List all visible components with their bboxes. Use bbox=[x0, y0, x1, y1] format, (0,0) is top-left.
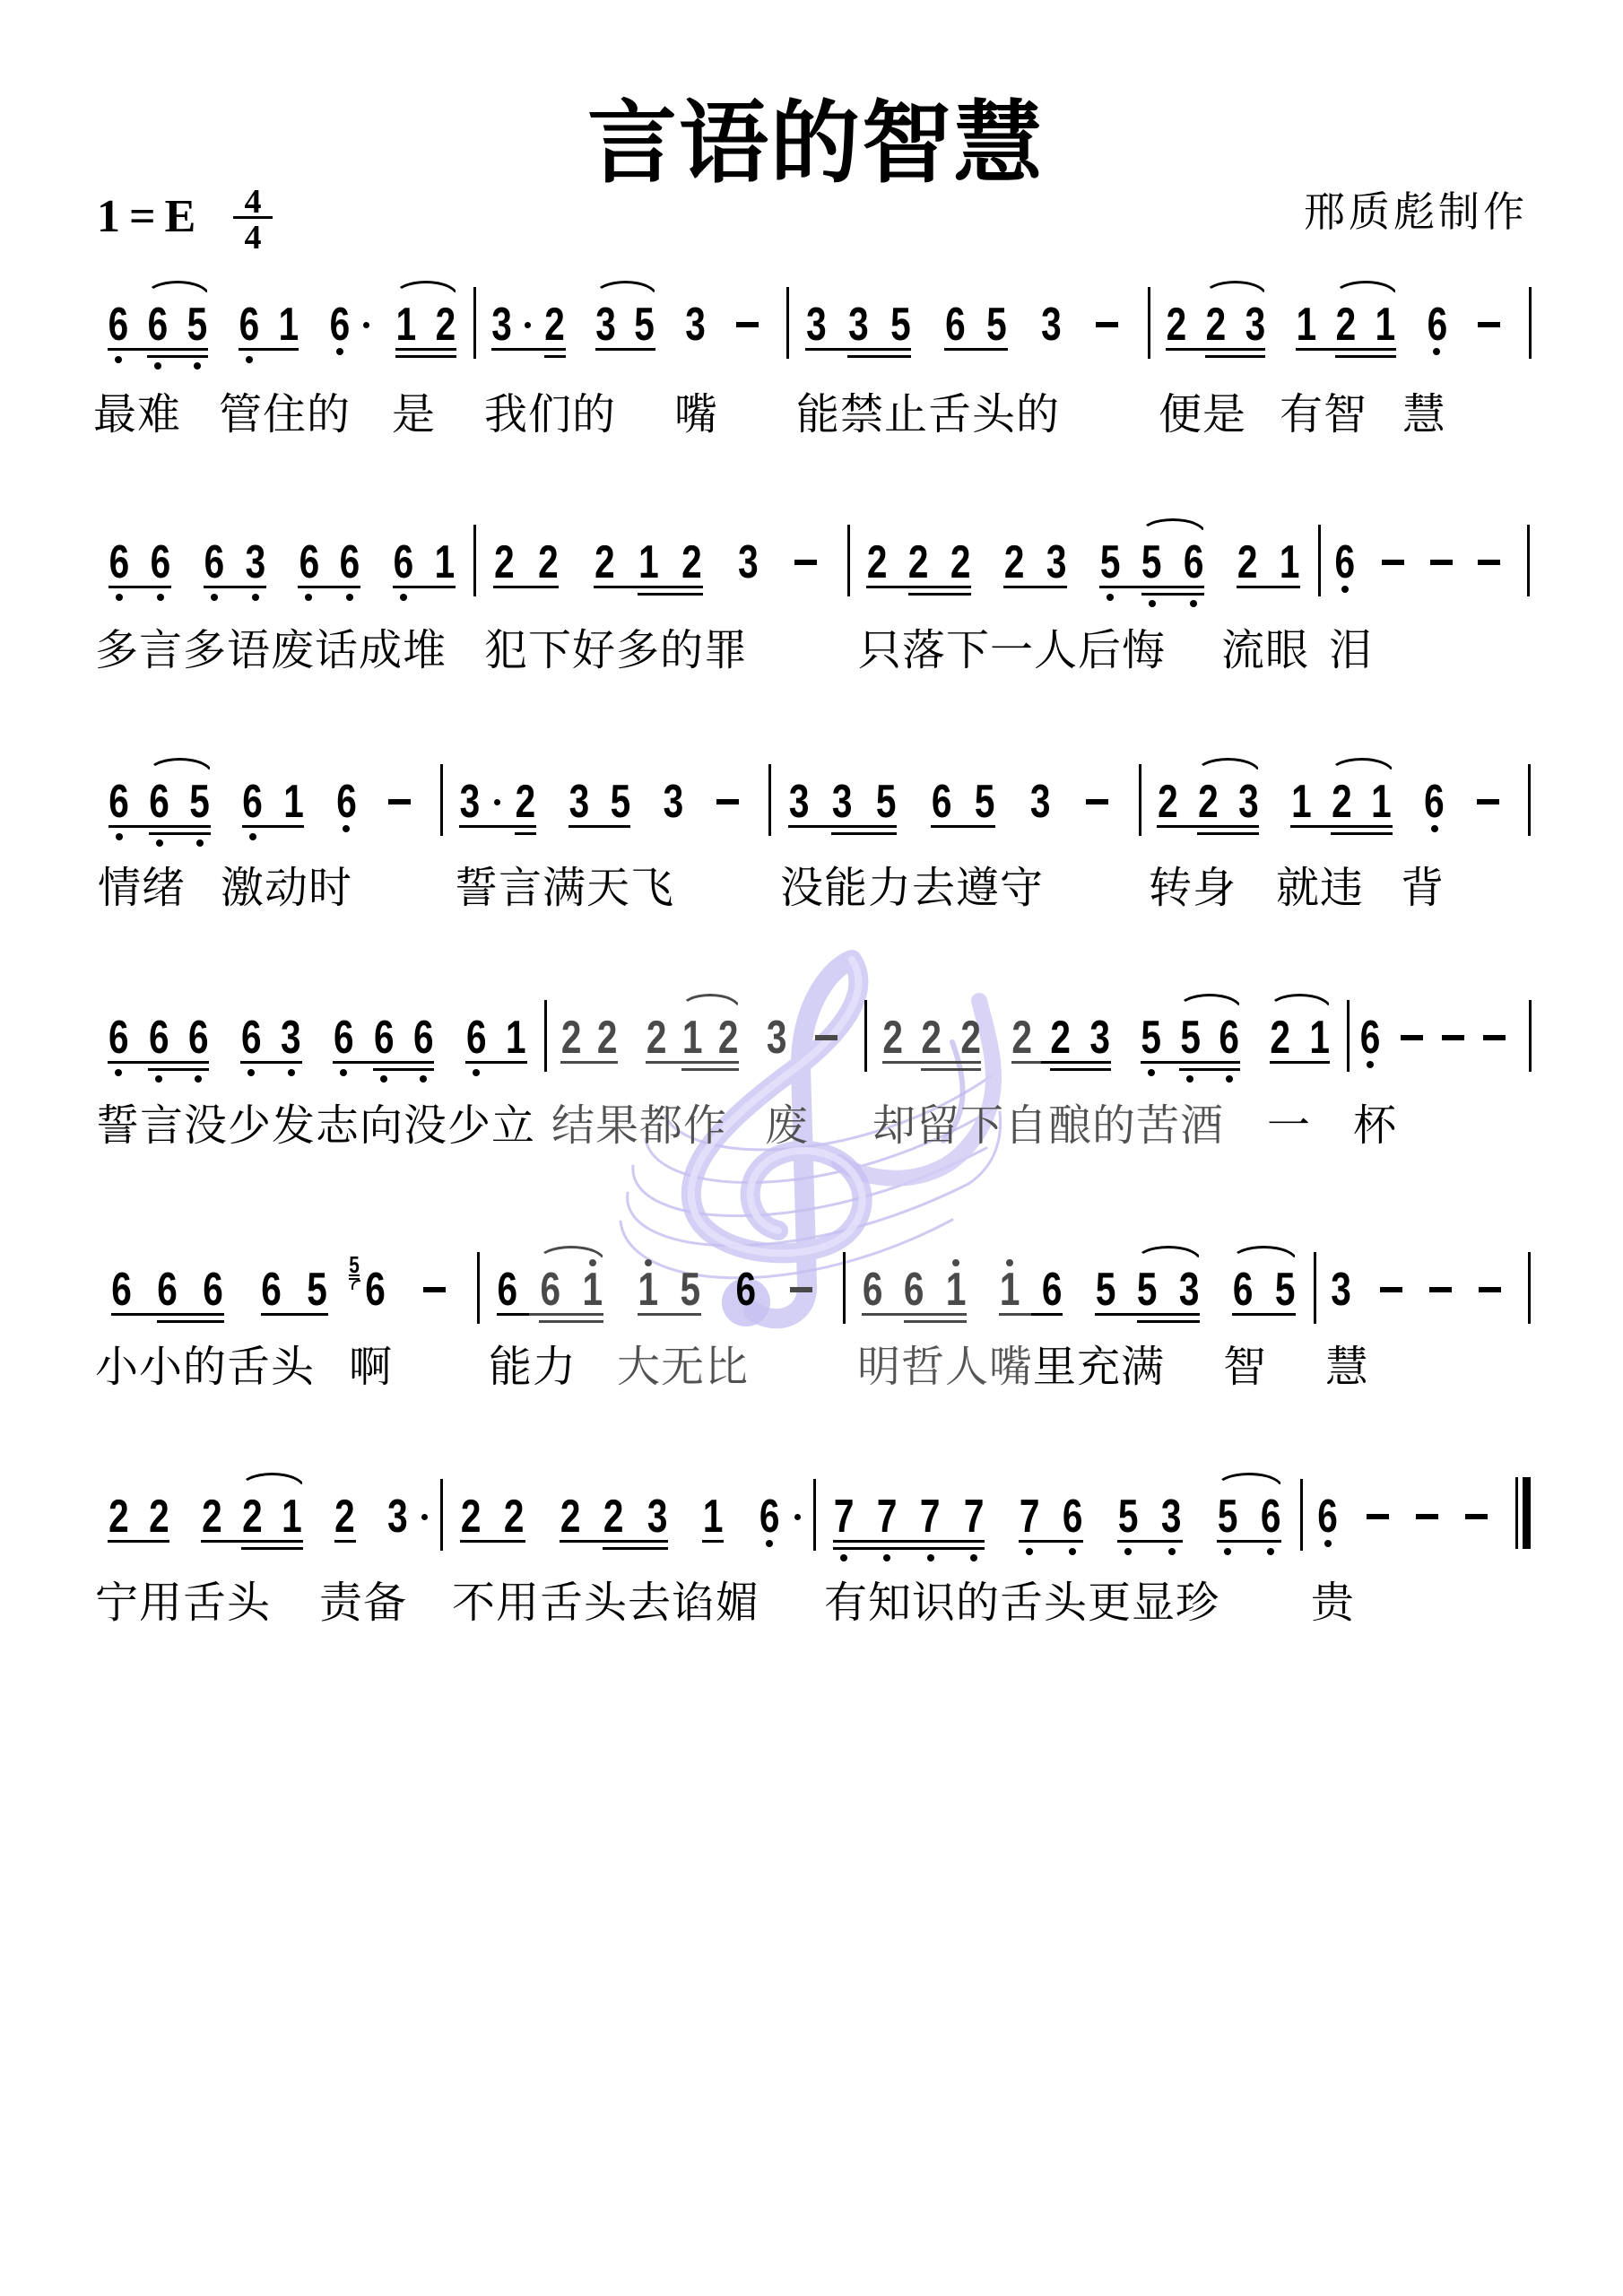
beat-group: 666 bbox=[324, 1021, 444, 1057]
beat-group: 661 bbox=[486, 1273, 614, 1309]
underline bbox=[833, 1540, 865, 1543]
beat-group: 335 bbox=[795, 308, 922, 344]
lyric-line-6: 宁用舌头 责备 不用舌头去谄媚 有知识的舌头更显珍 贵 bbox=[0, 1578, 1623, 1628]
note: 3 bbox=[1019, 785, 1062, 821]
underline bbox=[179, 832, 211, 835]
underline bbox=[1326, 348, 1366, 351]
note: 6 bbox=[99, 785, 139, 821]
barline bbox=[1528, 764, 1531, 836]
note-digit: 1 bbox=[1361, 301, 1409, 348]
measure: 2231216 bbox=[1157, 308, 1508, 344]
note-digit: 6 bbox=[1027, 1266, 1076, 1313]
underline bbox=[393, 586, 424, 588]
note-digit: 3 bbox=[1076, 1014, 1124, 1061]
beat-group: 61 bbox=[456, 1021, 536, 1057]
octave-dot-low bbox=[247, 1069, 255, 1076]
underline bbox=[838, 348, 880, 351]
underline bbox=[148, 1068, 178, 1071]
lyric-segment: 就违 bbox=[1276, 863, 1364, 913]
note: 1 bbox=[386, 308, 426, 344]
underline bbox=[140, 586, 171, 588]
beat-group bbox=[1376, 545, 1411, 581]
beat-group bbox=[1358, 1500, 1395, 1535]
barline bbox=[1300, 1479, 1303, 1551]
dash-bar bbox=[1096, 322, 1118, 327]
lyric-segment: 明哲人嘴里充满 bbox=[857, 1342, 1165, 1392]
note-digit: 2 bbox=[706, 1014, 751, 1061]
beat-group bbox=[1397, 1021, 1426, 1057]
measure: 2222316 bbox=[449, 1500, 805, 1535]
octave-dot-low bbox=[380, 1075, 387, 1083]
beat-group bbox=[1467, 785, 1507, 821]
beat-group: 6 bbox=[1414, 785, 1454, 821]
underline bbox=[395, 348, 426, 351]
lyric-segment: 嘴 bbox=[674, 389, 718, 439]
underline bbox=[571, 1313, 603, 1316]
underline bbox=[1011, 1061, 1042, 1064]
note: 7 bbox=[822, 1500, 865, 1535]
underline bbox=[108, 1540, 138, 1543]
measure: 222123 bbox=[482, 545, 827, 581]
sheet-music-page: 言语的智慧 1=E 4 4 邢质彪制作 66561612323533356532… bbox=[0, 0, 1623, 2296]
note: 3 bbox=[449, 785, 490, 821]
dash-bar bbox=[1478, 322, 1500, 327]
lyric-segment: 能禁止舌头的 bbox=[796, 389, 1060, 439]
note: 3 bbox=[676, 308, 715, 344]
note: 6 bbox=[230, 308, 269, 344]
octave-dot-low bbox=[400, 594, 407, 601]
note: 6 bbox=[364, 1021, 404, 1057]
note-digit: 1 bbox=[269, 778, 317, 825]
slur bbox=[1268, 994, 1332, 1009]
beat-group bbox=[1421, 1273, 1458, 1309]
underline bbox=[1331, 832, 1361, 835]
beat-group bbox=[1423, 545, 1459, 581]
time-signature-numerator: 4 bbox=[231, 185, 274, 219]
barline bbox=[1527, 525, 1530, 596]
underline bbox=[241, 1547, 272, 1550]
underline bbox=[1269, 586, 1300, 588]
beat-group: 3 bbox=[378, 1500, 432, 1535]
slur bbox=[1140, 518, 1206, 534]
note-digit: 3 bbox=[672, 301, 718, 348]
beat-group: 6 bbox=[725, 1273, 768, 1309]
note-digit: 5 bbox=[959, 778, 1010, 825]
underline bbox=[239, 348, 269, 351]
underline bbox=[1228, 825, 1259, 828]
note-digit: 6 bbox=[322, 778, 370, 825]
dash-bar bbox=[1086, 799, 1108, 804]
note-digit: 1 bbox=[492, 1014, 541, 1061]
underline bbox=[710, 1068, 739, 1071]
note: 2 bbox=[526, 545, 570, 581]
octave-dot-low bbox=[1367, 1061, 1374, 1068]
slur bbox=[680, 994, 741, 1009]
underline bbox=[864, 832, 897, 835]
note: 6 bbox=[138, 308, 178, 344]
beat-group: 6 bbox=[326, 785, 367, 821]
note: 5 bbox=[976, 308, 1018, 344]
underline bbox=[1141, 1061, 1171, 1064]
note: 1 bbox=[1361, 785, 1402, 821]
underline bbox=[1322, 825, 1362, 828]
underline bbox=[568, 825, 600, 828]
note-digit: 2 bbox=[531, 301, 577, 348]
slur bbox=[239, 1473, 305, 1488]
beat-group: 665 bbox=[99, 785, 220, 821]
note: 2 bbox=[1261, 1021, 1299, 1057]
note-digit: 3 bbox=[446, 778, 494, 825]
note: 2 bbox=[951, 1021, 990, 1057]
lyric-segment: 小小的舌头 bbox=[95, 1342, 315, 1392]
note: 6 bbox=[529, 1273, 572, 1309]
octave-dot-low bbox=[116, 594, 123, 601]
note: 1 bbox=[627, 545, 671, 581]
beat-group: 212 bbox=[583, 545, 715, 581]
note-digit: 6 bbox=[400, 1014, 448, 1061]
beat-group: 221 bbox=[192, 1500, 313, 1535]
underline bbox=[515, 832, 536, 835]
underline bbox=[201, 1540, 231, 1543]
underline bbox=[1150, 1540, 1182, 1543]
note: 2 bbox=[1322, 785, 1362, 821]
underline bbox=[636, 1547, 668, 1550]
note: 3 bbox=[1236, 308, 1275, 344]
underline bbox=[178, 1061, 209, 1064]
beat-group: 23 bbox=[994, 545, 1077, 581]
augmentation-dot-mark bbox=[794, 1514, 801, 1520]
underline bbox=[144, 1313, 190, 1316]
beat-group: 556 bbox=[1089, 545, 1214, 581]
note: 1 bbox=[1300, 1021, 1339, 1057]
dash-extension bbox=[1358, 1500, 1395, 1535]
lyric-segment: 啊 bbox=[349, 1342, 393, 1392]
octave-dot-low bbox=[1069, 1548, 1076, 1555]
note: 5 bbox=[1132, 1021, 1170, 1057]
note-digit: 6 bbox=[1413, 301, 1461, 348]
octave-dot-low bbox=[340, 1069, 347, 1076]
note: 5 bbox=[880, 308, 922, 344]
grace-note-digit: 5 bbox=[341, 1253, 367, 1276]
underline bbox=[1296, 348, 1326, 351]
note: 6 bbox=[99, 1273, 144, 1309]
slur bbox=[147, 758, 213, 773]
augmentation-dot-mark bbox=[421, 1514, 428, 1520]
beat-group: 65 bbox=[352, 1273, 398, 1309]
barline bbox=[440, 764, 443, 836]
dash-bar bbox=[1416, 1514, 1438, 1519]
measure: 7777765356 bbox=[822, 1500, 1292, 1535]
octave-dot-high bbox=[589, 1259, 596, 1266]
underline bbox=[1168, 1320, 1200, 1323]
grace-note: 5 bbox=[345, 1253, 363, 1292]
octave-dot-low bbox=[473, 1069, 480, 1076]
author-credit: 邢质彪制作 bbox=[1304, 185, 1528, 239]
underline bbox=[670, 593, 702, 596]
note: 6 bbox=[748, 1500, 791, 1535]
note-digit: 5 bbox=[972, 301, 1021, 348]
underline bbox=[204, 586, 235, 588]
note: 1 bbox=[627, 1273, 670, 1309]
grace-slur-mark bbox=[352, 1280, 360, 1290]
underline bbox=[1300, 1061, 1331, 1064]
beat-group: 35 bbox=[559, 785, 641, 821]
underline bbox=[603, 1547, 635, 1550]
note: 2 bbox=[898, 545, 939, 581]
lyric-segment: 转身 bbox=[1149, 863, 1237, 913]
dash-bar bbox=[1477, 799, 1499, 804]
octave-dot-low bbox=[927, 1554, 934, 1561]
beat-group bbox=[727, 308, 766, 344]
note: 5 bbox=[1264, 1273, 1306, 1309]
octave-dot-low bbox=[1226, 1075, 1233, 1083]
underline bbox=[539, 1320, 571, 1323]
lyric-line-3: 情绪 激动时 誓言满天飞 没能力去遵守 转身 就违 背 bbox=[0, 863, 1623, 913]
beat-group: 3 bbox=[759, 1021, 794, 1057]
note: 2 bbox=[589, 1021, 625, 1057]
underline bbox=[592, 1540, 635, 1543]
note: 5 bbox=[600, 785, 641, 821]
barline bbox=[768, 764, 771, 836]
measure: 6 bbox=[1327, 545, 1506, 581]
octave-dot-low bbox=[305, 594, 312, 601]
underline bbox=[157, 1320, 191, 1323]
measure: 2222123 bbox=[99, 1500, 432, 1535]
note: 6 bbox=[140, 545, 181, 581]
underline bbox=[333, 1061, 363, 1064]
note: 2 bbox=[1196, 308, 1236, 344]
measure: 32353 bbox=[449, 785, 748, 821]
note: 3 bbox=[795, 308, 838, 344]
note: 65 bbox=[352, 1273, 398, 1309]
underline bbox=[1137, 1320, 1168, 1323]
underline bbox=[1290, 825, 1321, 828]
note: 6 bbox=[725, 1273, 768, 1309]
lyric-segment: 杯 bbox=[1353, 1100, 1397, 1151]
underline bbox=[1361, 832, 1392, 835]
underline bbox=[904, 1320, 935, 1323]
note: 3 bbox=[1036, 545, 1077, 581]
note: 2 bbox=[1157, 308, 1196, 344]
octave-dot-low bbox=[1186, 1075, 1193, 1083]
note-digit: 1 bbox=[1358, 778, 1406, 825]
note: 2 bbox=[856, 545, 898, 581]
underline bbox=[1179, 1068, 1210, 1071]
lyric-segment: 管住的 bbox=[219, 389, 351, 439]
dash-extension bbox=[411, 1273, 456, 1309]
note: 6 bbox=[893, 1273, 934, 1309]
octave-dot-low bbox=[1267, 1548, 1274, 1555]
underline bbox=[935, 1320, 967, 1323]
underline bbox=[940, 586, 971, 588]
beat-group bbox=[779, 1273, 822, 1309]
underline bbox=[1051, 1540, 1083, 1543]
note-digit: 5 bbox=[861, 778, 911, 825]
note: 6 bbox=[1173, 545, 1214, 581]
note-digit: 5 bbox=[876, 301, 925, 348]
underline bbox=[600, 825, 631, 828]
note: 1 bbox=[273, 785, 314, 821]
underline bbox=[908, 1540, 951, 1543]
note: 6 bbox=[1327, 545, 1363, 581]
note: 5 bbox=[1126, 1273, 1167, 1309]
underline bbox=[674, 1061, 710, 1064]
underline bbox=[139, 825, 179, 828]
underline bbox=[108, 348, 138, 351]
underline bbox=[240, 1061, 271, 1064]
note: 6 bbox=[320, 308, 360, 344]
dash-extension bbox=[1372, 1273, 1409, 1309]
underline bbox=[1019, 1540, 1051, 1543]
note: 3 bbox=[482, 308, 521, 344]
note-digit: 3 bbox=[478, 301, 525, 348]
beat-group bbox=[1469, 308, 1508, 344]
underline bbox=[594, 586, 626, 588]
beat-group: 76 bbox=[1008, 1500, 1094, 1535]
note-digit: 6 bbox=[187, 1266, 239, 1313]
note: 3 bbox=[1168, 1273, 1210, 1309]
beat-group bbox=[1471, 1273, 1507, 1309]
note: 3 bbox=[1150, 1500, 1193, 1535]
underline bbox=[1335, 355, 1366, 358]
underline bbox=[638, 593, 670, 596]
lyric-line-1: 最难 管住的 是 我们的 嘴 能禁止舌头的 便是 有智 慧 bbox=[0, 389, 1623, 439]
note: 6 bbox=[190, 1273, 236, 1309]
dash-extension bbox=[1408, 1500, 1445, 1535]
octave-dot-low bbox=[154, 362, 161, 370]
dash-bar bbox=[815, 1035, 838, 1040]
note-digit: 2 bbox=[947, 1014, 994, 1061]
lyric-line-5: 小小的舌头 啊 能力 大无比 明哲人嘴里充满 智 慧 bbox=[0, 1342, 1623, 1392]
underline bbox=[560, 1540, 592, 1543]
lyric-segment: 没能力去遵守 bbox=[780, 863, 1044, 913]
underline bbox=[424, 586, 456, 588]
octave-dot-low bbox=[1168, 1548, 1176, 1555]
underline bbox=[1236, 355, 1266, 358]
underline bbox=[526, 586, 559, 588]
beat-group bbox=[1480, 1021, 1508, 1057]
underline bbox=[921, 1068, 951, 1071]
note-digit: 5 bbox=[595, 778, 644, 825]
octave-dot-low bbox=[116, 833, 123, 840]
note: 2 bbox=[1041, 1021, 1080, 1057]
note-digit: 5 bbox=[173, 301, 221, 348]
dash-extension bbox=[1471, 545, 1507, 581]
underline bbox=[788, 825, 820, 828]
note: 3 bbox=[636, 1500, 679, 1535]
note-digit: 3 bbox=[723, 539, 774, 586]
underline bbox=[935, 1313, 967, 1316]
octave-dot-low bbox=[1124, 1548, 1132, 1555]
dash-extension bbox=[1397, 1021, 1426, 1057]
note: 1 bbox=[1366, 308, 1405, 344]
slur bbox=[1333, 281, 1398, 296]
beat-group: 222 bbox=[856, 545, 981, 581]
octave-dot-low bbox=[1341, 586, 1349, 593]
barline bbox=[1528, 1252, 1531, 1324]
underline bbox=[404, 1061, 434, 1064]
beat-group: 223 bbox=[549, 1500, 679, 1535]
octave-dot-low bbox=[883, 1554, 890, 1561]
note: 3 bbox=[653, 785, 694, 821]
slur bbox=[1215, 1473, 1283, 1488]
underline bbox=[560, 1061, 589, 1064]
note-digit: 3 bbox=[1165, 1266, 1214, 1313]
underline bbox=[880, 355, 911, 358]
octave-dot-low bbox=[1324, 1540, 1332, 1547]
note-digit: 1 bbox=[932, 1266, 981, 1313]
note: 2 bbox=[505, 785, 546, 821]
beat-group: 22 bbox=[99, 1500, 179, 1535]
underline bbox=[460, 1540, 492, 1543]
note: 6 bbox=[289, 545, 330, 581]
note-digit: 1 bbox=[421, 539, 470, 586]
dash-bar bbox=[1382, 560, 1404, 565]
underline bbox=[1217, 1540, 1249, 1543]
note-digit: 3 bbox=[230, 539, 280, 586]
octave-dot-low bbox=[1190, 600, 1197, 607]
measure: 2222355621 bbox=[856, 545, 1310, 581]
measure: 66636661 bbox=[99, 545, 465, 581]
lyric-segment: 大无比 bbox=[617, 1342, 749, 1392]
underline bbox=[139, 1061, 179, 1064]
underline bbox=[426, 348, 456, 351]
note-digit: 6 bbox=[136, 539, 186, 586]
underline bbox=[273, 825, 305, 828]
underline bbox=[108, 586, 140, 588]
dash-extension bbox=[783, 545, 827, 581]
underline bbox=[1205, 355, 1236, 358]
underline bbox=[951, 1068, 982, 1071]
underline bbox=[404, 1068, 434, 1071]
underline bbox=[139, 1540, 169, 1543]
beat-group: 22 bbox=[482, 545, 570, 581]
beat-group: 222 bbox=[873, 1021, 990, 1057]
lyric-segment: 是 bbox=[392, 389, 436, 439]
underline bbox=[865, 1540, 908, 1543]
measure: 22222355621 bbox=[873, 1021, 1339, 1057]
octave-dot-low bbox=[249, 833, 256, 840]
note: 5 bbox=[1089, 545, 1131, 581]
underline bbox=[544, 355, 566, 358]
dash-bar bbox=[1442, 1035, 1464, 1040]
note: 6 bbox=[99, 308, 138, 344]
note-digit: 3 bbox=[649, 778, 698, 825]
beat-group: 15 bbox=[627, 1273, 712, 1309]
measure: 6666366661 bbox=[99, 1021, 536, 1057]
note: 1 bbox=[269, 308, 308, 344]
measure: 6611655365 bbox=[852, 1273, 1306, 1309]
octave-dot-low bbox=[1107, 594, 1114, 601]
note: 6 bbox=[852, 1273, 893, 1309]
underline bbox=[1173, 593, 1204, 596]
lyric-segment: 只落下一人后悔 bbox=[858, 625, 1166, 675]
barline bbox=[843, 1252, 846, 1324]
beat-group bbox=[1457, 1500, 1494, 1535]
barline bbox=[847, 525, 850, 596]
underline bbox=[681, 1068, 710, 1071]
underline bbox=[529, 1313, 572, 1316]
beat-group: 6 bbox=[320, 308, 374, 344]
lyric-segment: 智 bbox=[1223, 1342, 1267, 1392]
underline bbox=[1117, 1540, 1150, 1543]
octave-dot-low bbox=[346, 594, 353, 601]
note: 2 bbox=[535, 308, 574, 344]
beat-group: 6 bbox=[1356, 1021, 1384, 1057]
lyric-segment: 多言多语废话成堆 bbox=[95, 625, 447, 675]
note-digit: 5 bbox=[176, 778, 224, 825]
note: 3 bbox=[559, 785, 600, 821]
